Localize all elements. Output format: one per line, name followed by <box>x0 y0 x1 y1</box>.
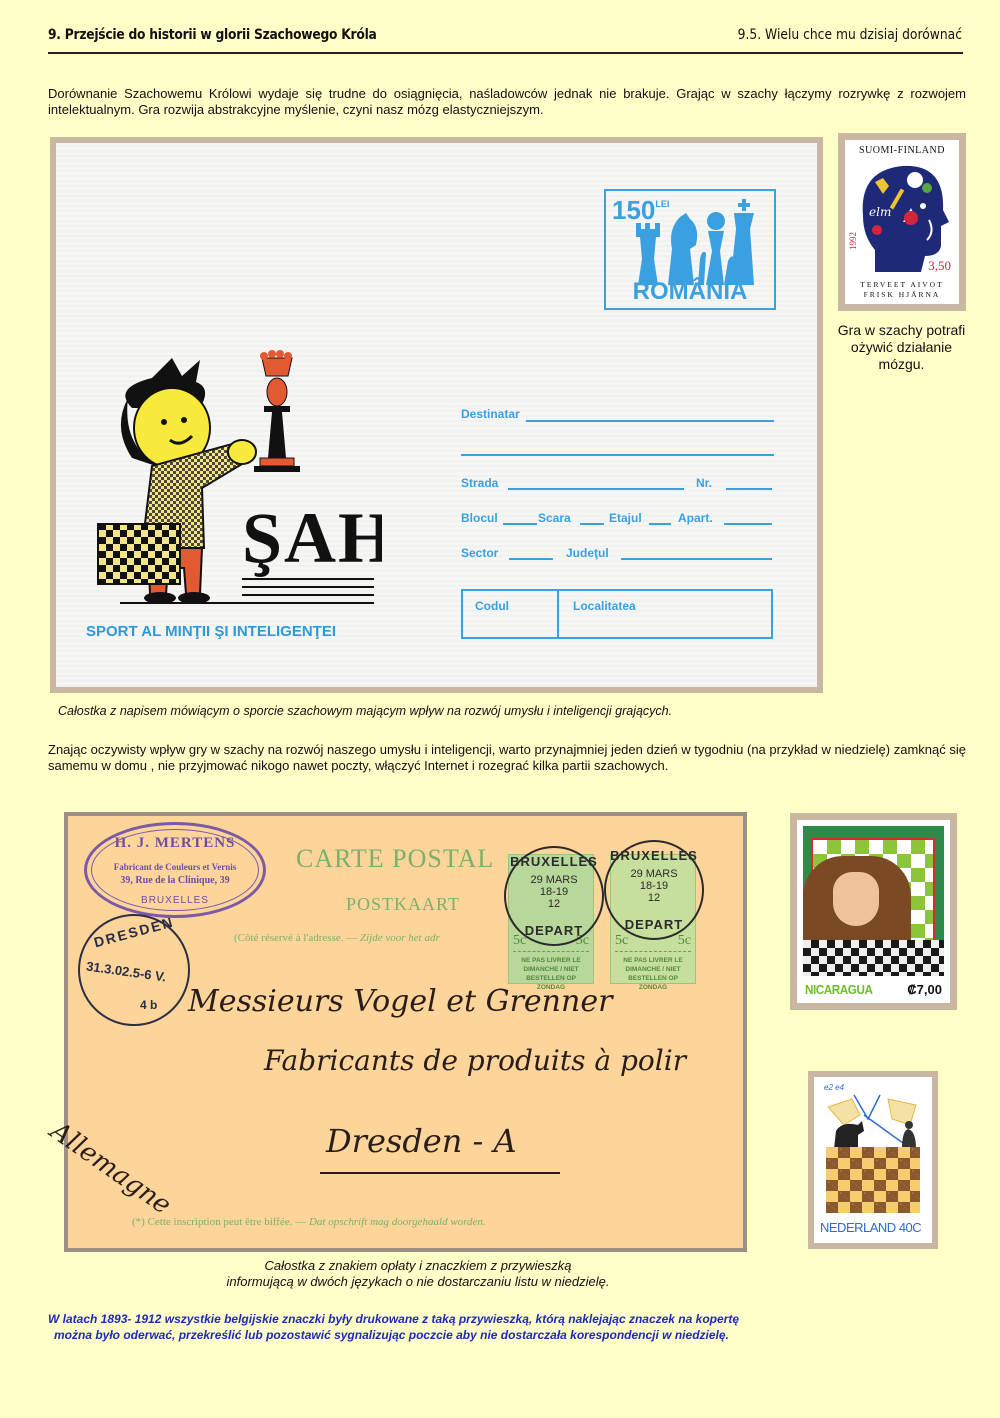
sector-line <box>509 558 553 560</box>
finland-country: SUOMI-FINLAND <box>845 145 959 156</box>
scara-line <box>580 523 604 525</box>
label-sector: Sector <box>461 546 498 560</box>
intro-paragraph: Dorównanie Szachowemu Królowi wydaje się… <box>48 86 966 118</box>
nicaragua-stamp: NICARAGUA ₡7,00 <box>790 813 957 1010</box>
chess-pieces-icon <box>628 199 768 287</box>
bruxelles-cancel-2: BRUXELLES 29 MARS18-1912 DEPART <box>604 840 704 940</box>
envelope-caption: Całostka z napisem mówiącym o sporcie sz… <box>58 704 672 718</box>
sunday-tab: NE PAS LIVRER LE DIMANCHE / NIET BESTELL… <box>513 951 589 979</box>
label-strada: Strada <box>461 476 498 490</box>
chess-player-illustration <box>803 826 944 976</box>
romania-imprinted-stamp: 150LEI ROMÂNIA <box>604 189 776 310</box>
nicaragua-country: NICARAGUA <box>805 982 872 997</box>
hands-and-horse-icon <box>824 1091 924 1151</box>
svg-text:ŞAH: ŞAH <box>242 498 382 578</box>
label-scara: Scara <box>538 511 571 525</box>
strada-line <box>508 488 684 490</box>
footnote-blue: W latach 1893- 1912 wszystkie belgijskie… <box>48 1311 848 1343</box>
postal-code-box: Codul Localitatea <box>461 589 773 639</box>
blocul-line <box>503 523 537 525</box>
apart-line <box>724 523 772 525</box>
nr-line <box>726 488 772 490</box>
header-divider <box>48 52 963 54</box>
bruxelles-cancel-1: BRUXELLES 29 MARS18-1912 DEPART <box>504 846 604 946</box>
romanian-envelope: 150LEI ROMÂNIA <box>50 137 823 693</box>
svg-text:elm: elm <box>869 205 891 219</box>
judetul-line <box>621 558 772 560</box>
table-chessboard <box>803 940 944 976</box>
etajul-line <box>649 523 671 525</box>
handwritten-occupation: Fabricants de produits à polir <box>264 1044 686 1077</box>
label-judetul: Judeţul <box>566 546 609 560</box>
postcard-caption: Całostka z znakiem opłaty i znaczkiem z … <box>0 1258 820 1290</box>
label-destinatar: Destinatar <box>461 407 520 421</box>
destinatar-line-2 <box>461 454 774 456</box>
belgian-postcard: H. J. MERTENS Fabricant de Couleurs et V… <box>64 812 747 1252</box>
handwritten-addressee: Messieurs Vogel et Grenner <box>188 984 612 1019</box>
label-blocul: Blocul <box>461 511 498 525</box>
finland-year: 1992 <box>848 232 858 250</box>
destinatar-line <box>526 420 774 422</box>
card-title: CARTE POSTAL <box>296 844 494 874</box>
dresden-postmark: DRESDEN 31.3.02.5-6 V. 4 b <box>78 914 190 1026</box>
label-apart: Apart. <box>678 511 713 525</box>
finland-caption: Gra w szachy potrafi ożywić działanie mó… <box>834 322 969 373</box>
card-footer-note: (*) Cette inscription peut être biffée. … <box>132 1216 486 1228</box>
handwritten-country: Allemagne <box>45 1116 177 1221</box>
nederland-country-value: NEDERLAND 40C <box>820 1220 921 1235</box>
envelope-slogan: SPORT AL MINŢII ŞI INTELIGENŢEI <box>86 623 336 640</box>
section-title: 9.5. Wielu chce mu dzisiaj dorównać <box>738 27 962 43</box>
card-subtitle: POSTKAART <box>346 894 460 915</box>
nicaragua-value: ₡7,00 <box>907 982 942 997</box>
finland-stamp: SUOMI-FINLAND elm 1992 3,50 TERVEET AIVO… <box>838 133 966 311</box>
finland-value: 3,50 <box>928 258 951 274</box>
label-codul: Codul <box>475 599 509 613</box>
head-silhouette-icon: elm <box>855 160 951 272</box>
stamp-country: ROMÂNIA <box>606 278 774 306</box>
handwritten-underline <box>320 1172 560 1174</box>
sender-cachet: H. J. MERTENS Fabricant de Couleurs et V… <box>84 822 266 918</box>
second-paragraph: Znając oczywisty wpływ gry w szachy na r… <box>48 742 966 774</box>
finland-legend: TERVEET AIVOT FRISK HJÄRNA <box>845 280 959 300</box>
label-etajul: Etajul <box>609 511 642 525</box>
chapter-title: 9. Przejście do historii w glorii Szacho… <box>48 27 377 43</box>
handwritten-city: Dresden - A <box>326 1122 517 1160</box>
sunday-tab: NE PAS LIVRER LE DIMANCHE / NIET BESTELL… <box>615 951 691 979</box>
address-side-note: (Côté réservé à l'adresse. — Zijde voor … <box>234 932 440 944</box>
label-nr: Nr. <box>696 476 712 490</box>
nederland-stamp: e2 e4 NEDERLAND 40C <box>808 1071 938 1249</box>
nederland-chessboard <box>826 1147 920 1213</box>
label-localitatea: Localitatea <box>573 599 636 613</box>
chess-boy-illustration-icon: ŞAH <box>92 348 382 608</box>
